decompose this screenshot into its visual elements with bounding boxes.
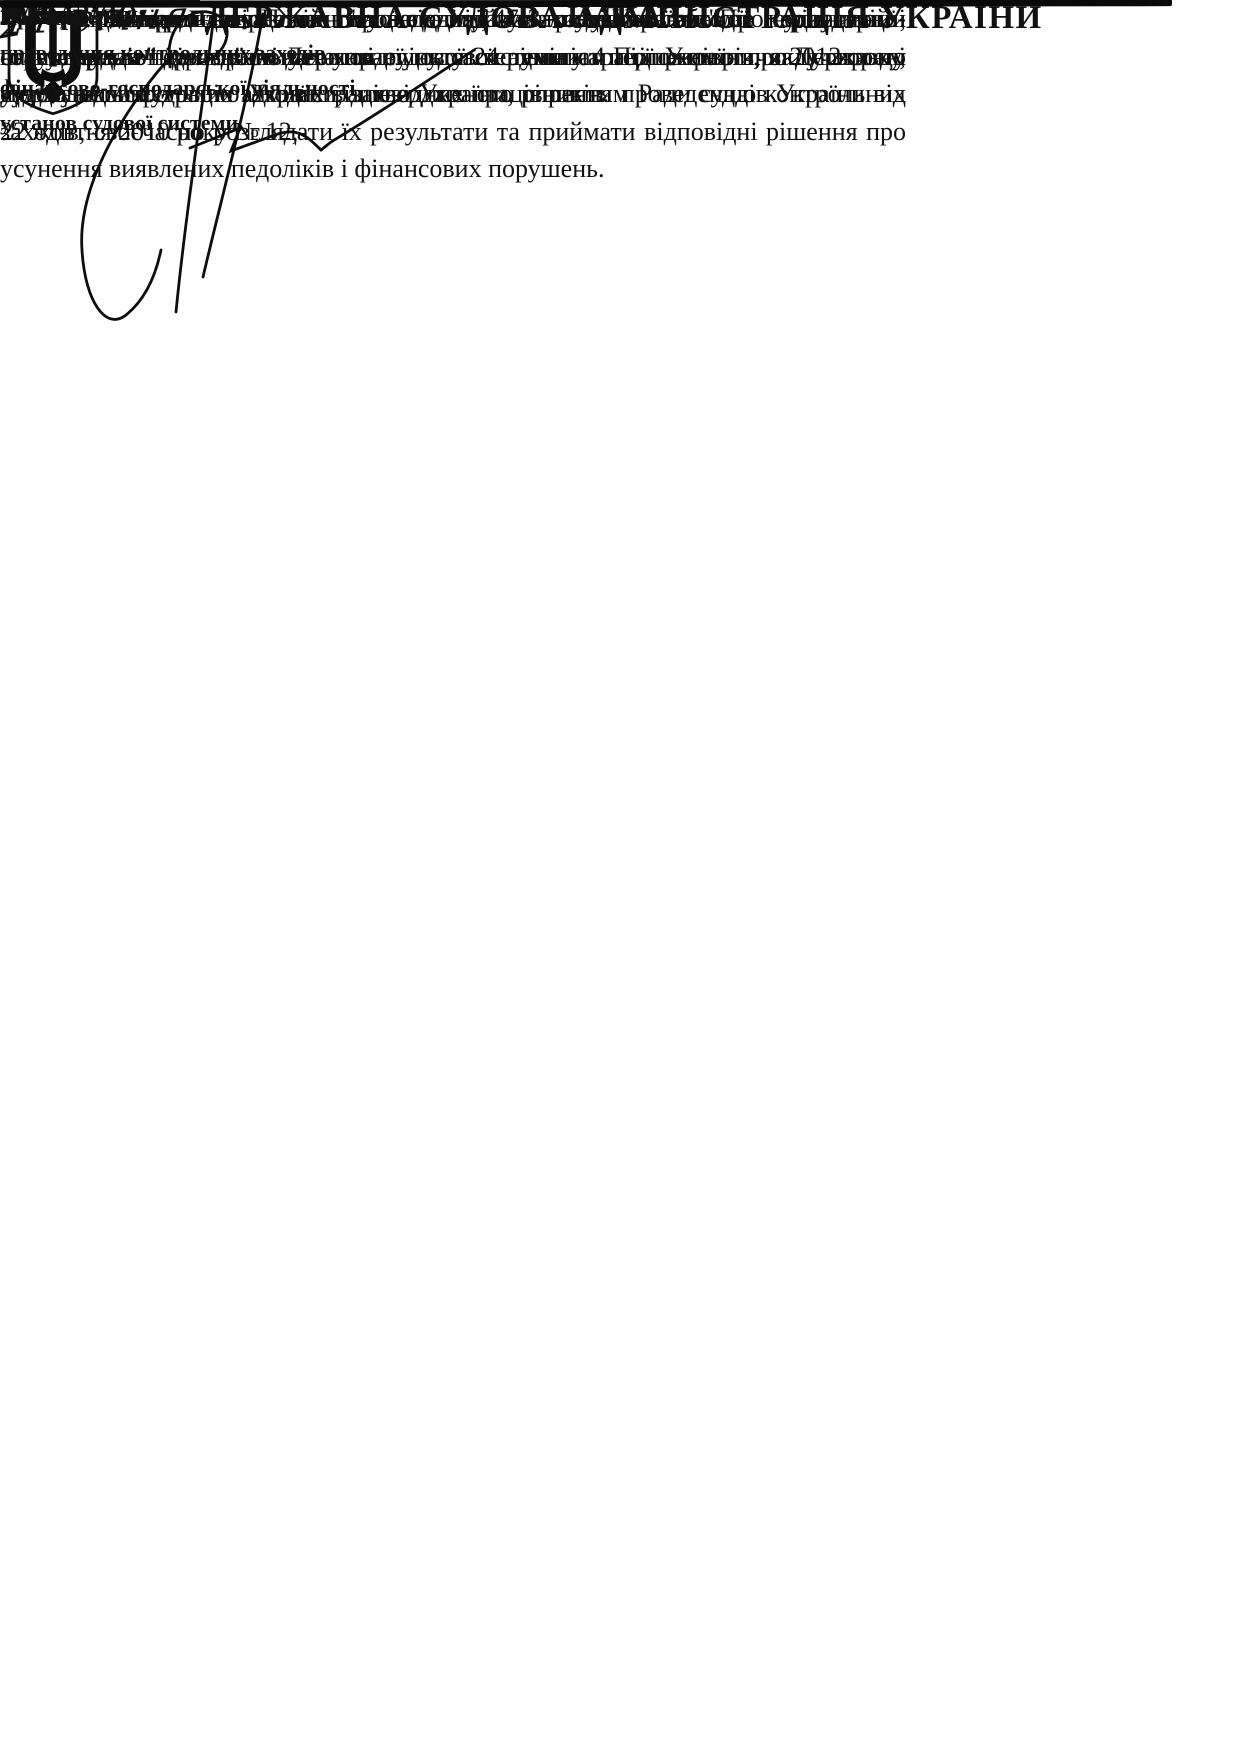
scanned-order-document: ДЕРЖАВНА СУДОВА АДМІНІСТРАЦІЯ УКРАЇНИ НА… [0, 0, 1248, 1755]
item-text: Контроль за виконанням цього наказу зали… [101, 4, 738, 33]
